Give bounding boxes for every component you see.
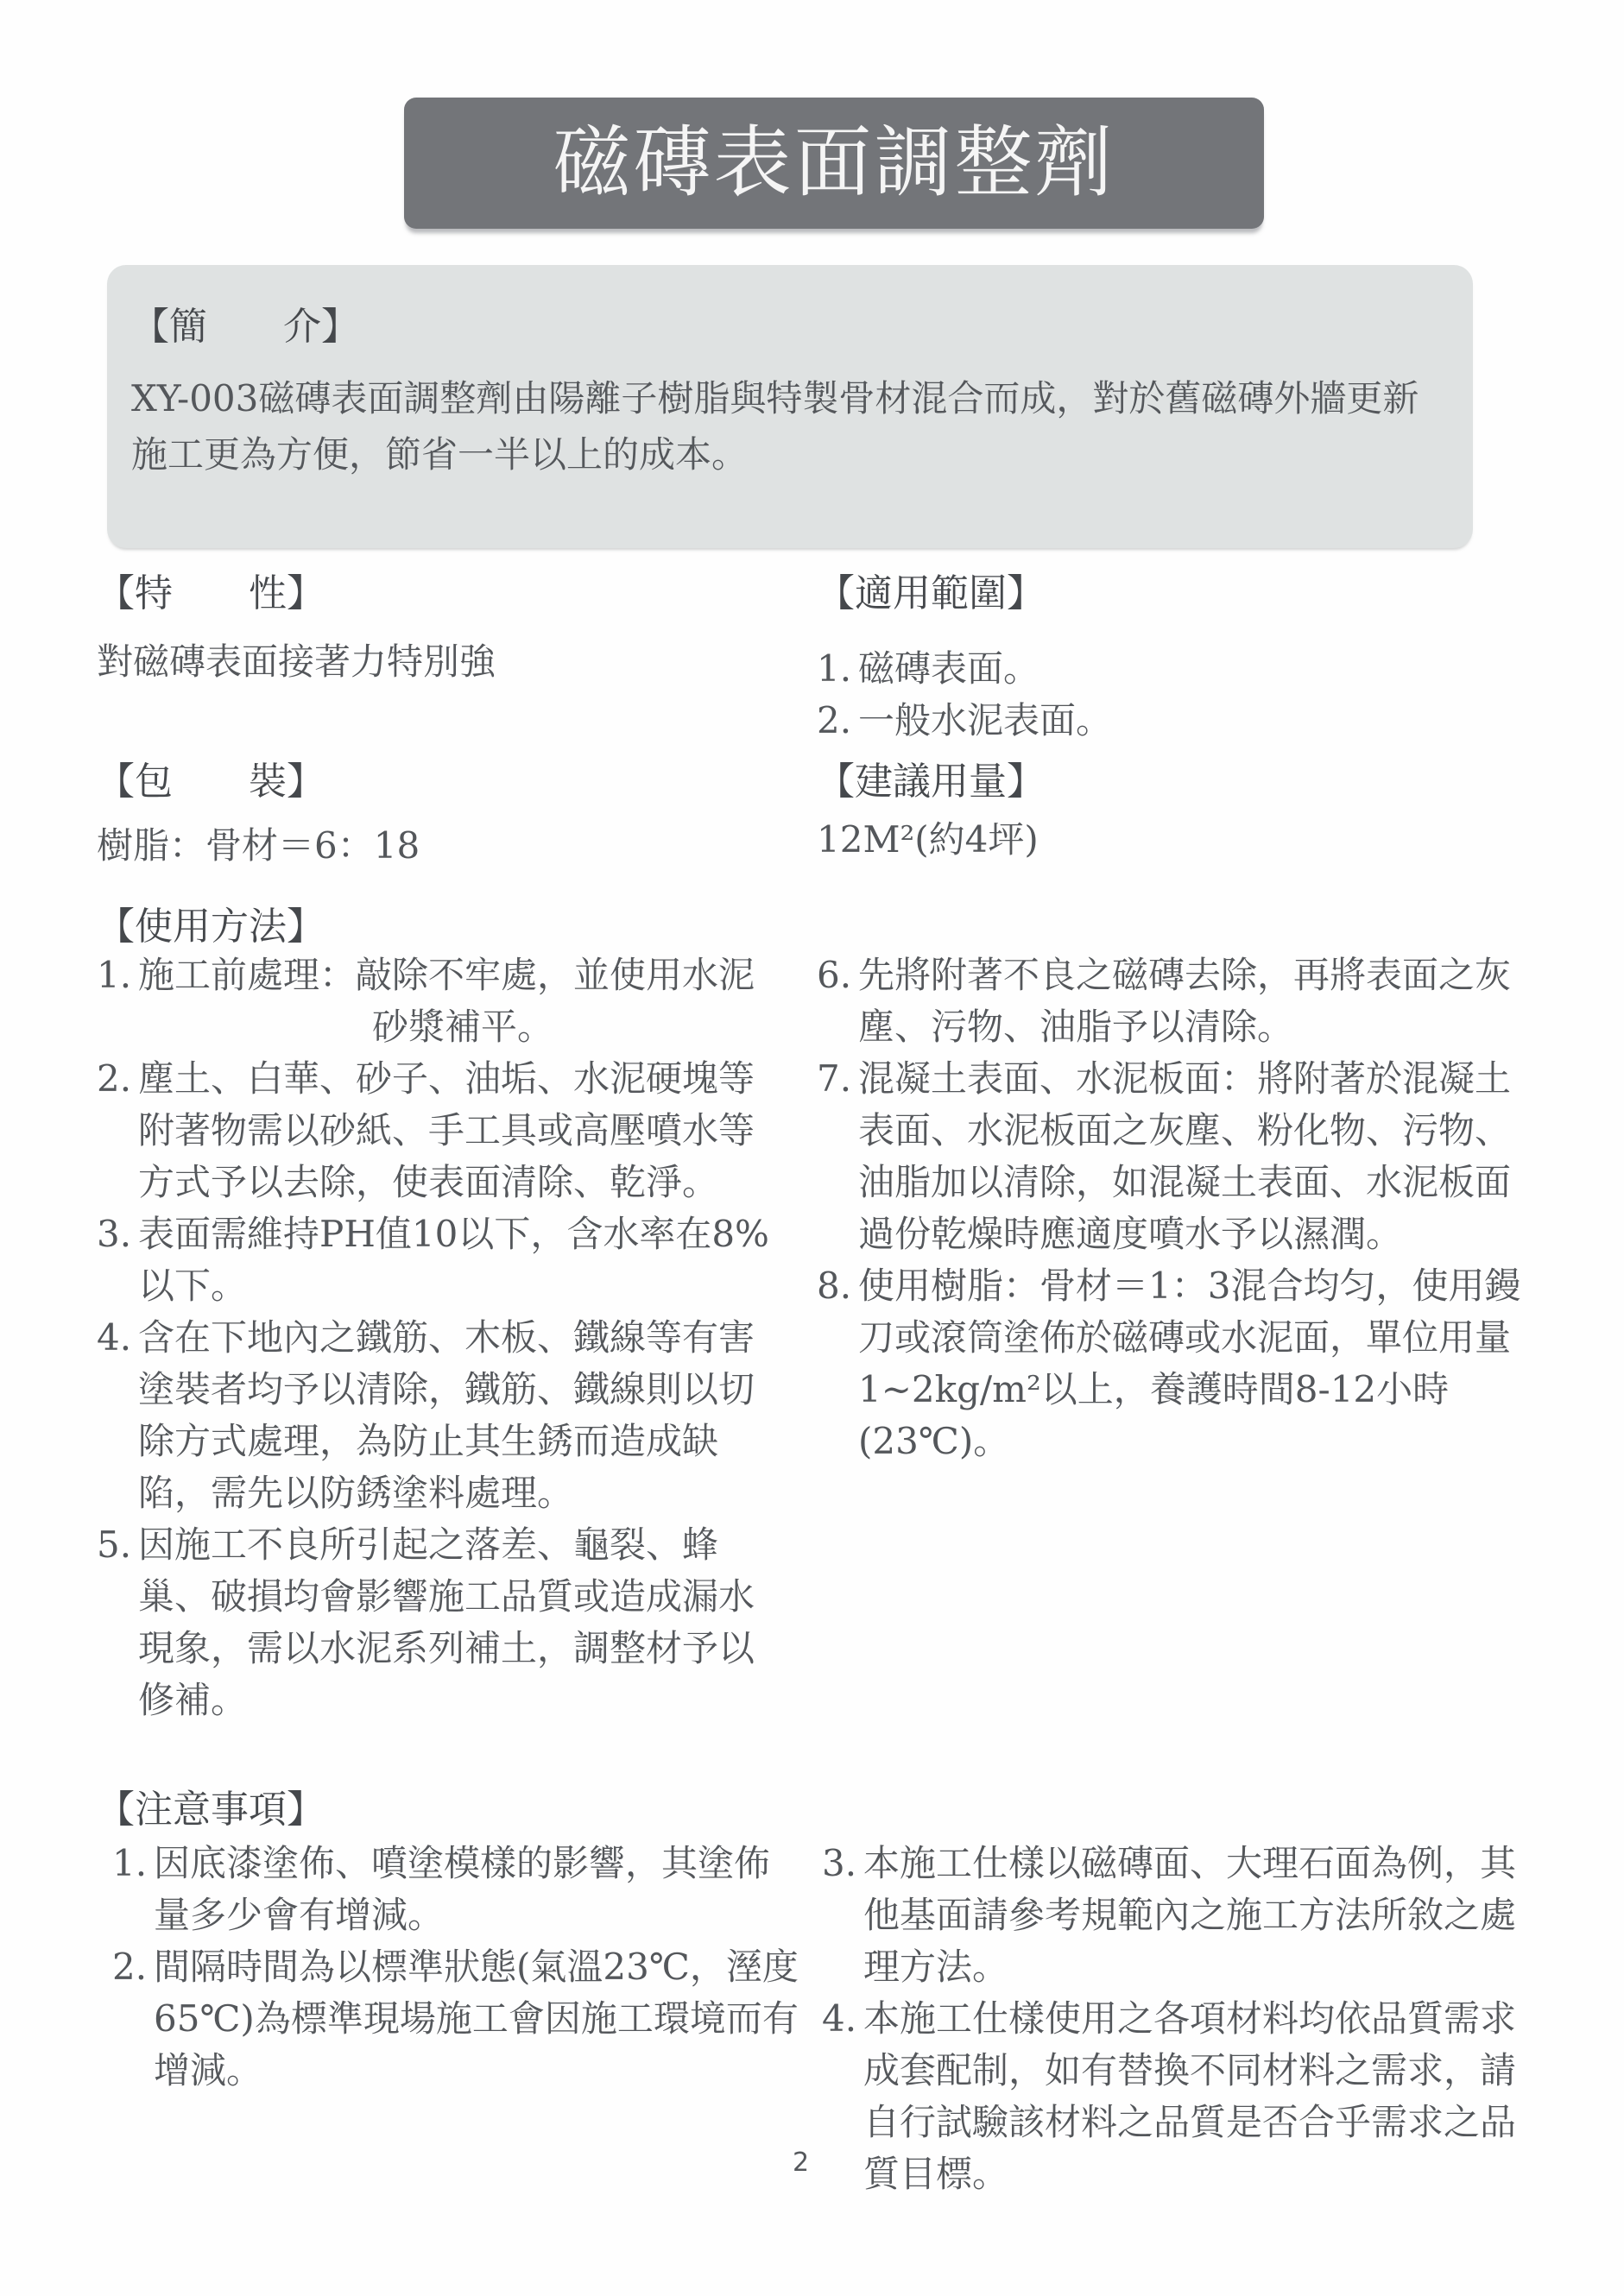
usage-section-heading: 【使用方法】 [97,905,325,949]
note-item: 1. 因底漆塗佈、噴塗模樣的影響，其塗佈量多少會有增減。 [112,1838,803,1941]
item-number: 6. [817,949,858,1001]
item-number: 4. [97,1312,138,1364]
item-number: 2. [97,1053,138,1105]
scope-item: 1. 磁磚表面。 [817,643,1532,695]
document-page: 磁磚表面調整劑 【簡 介】 XY-003磁磚表面調整劑由陽離子樹脂與特製骨材混合… [0,0,1624,2296]
item-text: 施工前處理：敲除不牢處，並使用水泥 砂漿補平。 [138,949,787,1053]
item-text: 塵土、白華、砂子、油垢、水泥硬塊等附著物需以砂紙、手工具或高壓噴水等方式予以去除… [138,1053,787,1208]
item-number: 2. [112,1941,154,1993]
scope-section: 【適用範圍】 1. 磁磚表面。 2. 一般水泥表面。 [817,571,1532,747]
usage-item: 5. 因施工不良所引起之落差、龜裂、蜂巢、破損均會影響施工品質或造成漏水現象，需… [97,1519,787,1726]
features-heading: 【特 性】 [97,571,805,616]
item-text: 因底漆塗佈、噴塗模樣的影響，其塗佈量多少會有增減。 [154,1838,803,1941]
item-number: 5. [97,1519,138,1571]
item-number: 8. [817,1260,858,1312]
item-text: 本施工仕樣以磁磚面、大理石面為例，其他基面請參考規範內之施工方法所敘之處理方法。 [863,1838,1537,1993]
item-number: 1. [112,1838,154,1889]
dosage-section: 【建議用量】 12M²(約4坪) [817,760,1532,866]
item-number: 3. [822,1838,863,1889]
item-text: 本施工仕樣使用之各項材料均依品質需求成套配制，如有替換不同材料之需求，請自行試驗… [863,1993,1537,2200]
item-text: 間隔時間為以標準狀態(氣溫23℃，溼度65℃)為標準現場施工會因施工環境而有增減… [154,1941,803,2097]
features-text: 對磁磚表面接著力特別強 [97,636,805,688]
usage-item: 4. 含在下地內之鐵筋、木板、鐵線等有害塗裝者均予以清除，鐵筋、鐵線則以切除方式… [97,1312,787,1519]
packaging-section: 【包 裝】 樹脂：骨材＝6：18 [97,760,805,872]
item-text: 磁磚表面。 [858,643,1532,695]
item-text: 使用樹脂：骨材＝1：3混合均匀，使用鏝刀或滾筒塗佈於磁磚或水泥面，單位用量1~2… [858,1260,1532,1467]
item-text: 混凝土表面、水泥板面：將附著於混凝土表面、水泥板面之灰塵、粉化物、污物、油脂加以… [858,1053,1532,1260]
usage-item: 6. 先將附著不良之磁磚去除，再將表面之灰塵、污物、油脂予以清除。 [817,949,1532,1053]
note-item: 3. 本施工仕樣以磁磚面、大理石面為例，其他基面請參考規範內之施工方法所敘之處理… [822,1838,1537,1993]
item-text: 一般水泥表面。 [858,695,1532,747]
item-text-line1: 施工前處理：敲除不牢處，並使用水泥 [138,954,755,996]
intro-section: 【簡 介】 XY-003磁磚表面調整劑由陽離子樹脂與特製骨材混合而成，對於舊磁磚… [107,265,1473,548]
dosage-heading: 【建議用量】 [817,760,1532,804]
notes-section-heading: 【注意事項】 [97,1788,325,1832]
notes-left-column: 1. 因底漆塗佈、噴塗模樣的影響，其塗佈量多少會有增減。 2. 間隔時間為以標準… [112,1838,803,2097]
notes-right-column: 3. 本施工仕樣以磁磚面、大理石面為例，其他基面請參考規範內之施工方法所敘之處理… [822,1838,1537,2200]
page-title: 磁磚表面調整劑 [553,124,1115,202]
item-text: 先將附著不良之磁磚去除，再將表面之灰塵、污物、油脂予以清除。 [858,949,1532,1053]
page-number: 2 [793,2148,809,2178]
usage-item: 2. 塵土、白華、砂子、油垢、水泥硬塊等附著物需以砂紙、手工具或高壓噴水等方式予… [97,1053,787,1208]
packaging-text: 樹脂：骨材＝6：18 [97,820,805,872]
item-number: 1. [97,949,138,1001]
item-text: 因施工不良所引起之落差、龜裂、蜂巢、破損均會影響施工品質或造成漏水現象，需以水泥… [138,1519,787,1726]
usage-item: 7. 混凝土表面、水泥板面：將附著於混凝土表面、水泥板面之灰塵、粉化物、污物、油… [817,1053,1532,1260]
note-item: 2. 間隔時間為以標準狀態(氣溫23℃，溼度65℃)為標準現場施工會因施工環境而… [112,1941,803,2097]
scope-item: 2. 一般水泥表面。 [817,695,1532,747]
item-number: 3. [97,1208,138,1260]
item-number: 2. [817,695,858,747]
item-number: 4. [822,1993,863,2045]
usage-right-column: 6. 先將附著不良之磁磚去除，再將表面之灰塵、污物、油脂予以清除。 7. 混凝土… [817,949,1532,1467]
features-section: 【特 性】 對磁磚表面接著力特別強 [97,571,805,688]
scope-heading: 【適用範圍】 [817,571,1532,616]
item-text: 含在下地內之鐵筋、木板、鐵線等有害塗裝者均予以清除，鐵筋、鐵線則以切除方式處理，… [138,1312,787,1519]
packaging-heading: 【包 裝】 [97,760,805,804]
usage-left-column: 1. 施工前處理：敲除不牢處，並使用水泥 砂漿補平。 2. 塵土、白華、砂子、油… [97,949,787,1726]
title-banner: 磁磚表面調整劑 [404,98,1264,229]
item-number: 1. [817,643,858,695]
intro-text: XY-003磁磚表面調整劑由陽離子樹脂與特製骨材混合而成，對於舊磁磚外牆更新施工… [131,370,1435,483]
usage-heading-text: 【使用方法】 [97,905,325,949]
note-item: 4. 本施工仕樣使用之各項材料均依品質需求成套配制，如有替換不同材料之需求，請自… [822,1993,1537,2200]
dosage-text: 12M²(約4坪) [817,814,1532,866]
intro-heading: 【簡 介】 [131,305,1435,350]
usage-item: 1. 施工前處理：敲除不牢處，並使用水泥 砂漿補平。 [97,949,787,1053]
item-text-line2: 砂漿補平。 [138,1001,787,1053]
notes-heading-text: 【注意事項】 [97,1788,325,1832]
usage-item: 8. 使用樹脂：骨材＝1：3混合均匀，使用鏝刀或滾筒塗佈於磁磚或水泥面，單位用量… [817,1260,1532,1467]
item-text: 表面需維持PH值10以下，含水率在8%以下。 [138,1208,787,1312]
usage-item: 3. 表面需維持PH值10以下，含水率在8%以下。 [97,1208,787,1312]
item-number: 7. [817,1053,858,1105]
